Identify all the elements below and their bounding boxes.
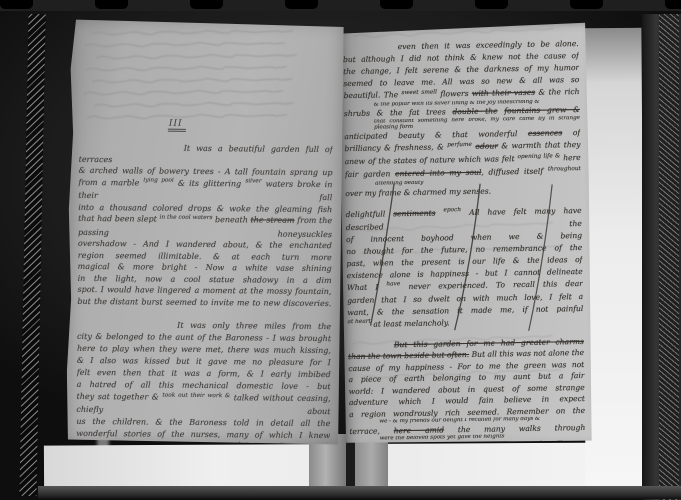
handwritten-text: us the children. & the Baroness told in … [76, 417, 330, 428]
handwritten-text: & its glittering [174, 178, 246, 188]
inserted-text: silver [245, 179, 261, 185]
handwritten-text: city & belonged to the aunt of the Baron… [77, 332, 331, 343]
inserted-text: in the cool waters [160, 214, 213, 220]
handwritten-text: wonderful stories of the nurses, many of… [76, 429, 330, 440]
manuscript-line: that had been slept in the cool waters b… [78, 213, 332, 240]
struck-text: the stream [251, 215, 295, 224]
film-sprocket-hole [475, 0, 508, 9]
film-sprocket-hole [380, 0, 413, 9]
handwritten-text: magical & more bright - Now a white vase… [78, 262, 332, 273]
manuscript-line: but the distant burst seemed to invite m… [77, 295, 331, 309]
left-page-text: It was a beautiful garden full of terrac… [76, 142, 333, 491]
film-sprocket-hole [665, 0, 681, 9]
inserted-text: took out their work & [162, 392, 230, 399]
chapter-heading: III [168, 119, 186, 132]
blank-page-edge [582, 28, 644, 490]
microfilm-frame: even then it was exceedingly to be alone… [0, 0, 681, 500]
photo-area: even then it was exceedingly to be alone… [0, 11, 681, 500]
book-cover-edge-left [19, 14, 45, 496]
handwritten-text: into a thousand colored drops & woke the… [78, 202, 332, 213]
film-sprocket-hole [285, 0, 318, 9]
left-manuscript-page: III It was a beautiful garden full of te… [65, 18, 345, 446]
book-cover-hatch-right [659, 14, 679, 500]
manuscript-paragraph: It was a beautiful garden full of terrac… [77, 142, 332, 309]
handwritten-text: felt even then that it was a form, & I e… [77, 368, 331, 379]
handwritten-text: here to play when they were met, there w… [77, 344, 331, 355]
film-sprocket-hole [570, 0, 603, 9]
handwritten-text: that had been slept [78, 214, 159, 224]
film-sprocket-hole [0, 0, 33, 9]
handwritten-text: in the light, now a cool statue shadowy … [78, 273, 332, 284]
handwritten-text: region seemed illimitable. & at each tur… [78, 250, 332, 261]
handwritten-text: overshadow - And I wandered about, & the… [78, 239, 332, 250]
handwritten-text: they sat together & [77, 392, 163, 402]
handwritten-text: It was a beautiful garden full of terrac… [79, 144, 333, 164]
handwritten-text: beneath [212, 215, 250, 224]
film-sprocket-row [0, 0, 681, 11]
handwritten-text: a hatred of all this mechanical domestic… [77, 380, 331, 391]
table-edge [38, 486, 681, 499]
show-through-writing [78, 26, 339, 138]
handwritten-text: & I also was kissed but it gave me no pl… [77, 356, 331, 367]
book-cover-edge-right [642, 14, 681, 500]
strap-gap-shadow [346, 434, 355, 494]
handwritten-text: spot. I would have lingered a moment at … [77, 285, 331, 296]
handwritten-text: It was only three miles from the [177, 321, 331, 331]
manuscript-line: from a marble lying pool & its glitterin… [78, 176, 332, 203]
manuscript-line: they sat together & took out their work … [76, 391, 330, 418]
inserted-text: lying pool [143, 178, 173, 184]
right-manuscript-page: even then it was exceedingly to be alone… [337, 22, 593, 446]
film-sprocket-hole [190, 0, 223, 9]
film-sprocket-hole [95, 0, 128, 9]
handwritten-text: from a marble [78, 177, 143, 187]
cancellation-strokes [337, 22, 593, 446]
manuscript-line: It was a beautiful garden full of terrac… [79, 142, 333, 167]
handwritten-text: & arched walls of bowery trees - A tall … [78, 166, 332, 177]
handwritten-text: but the distant burst seemed to invite m… [77, 296, 331, 307]
